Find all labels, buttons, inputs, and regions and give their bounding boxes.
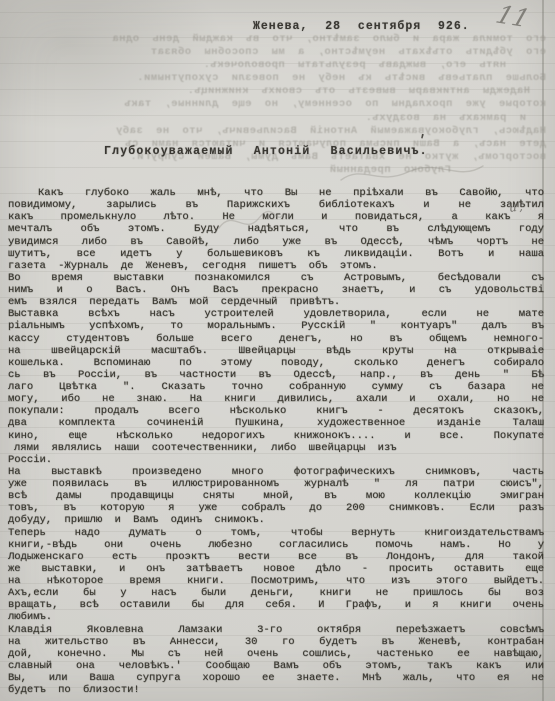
body-line: какъ промелькнуло лѣто. Не могли и повид… <box>8 211 544 223</box>
body-line: Лодыженскаго есть проэктъ вести все въ Л… <box>8 551 544 563</box>
scanned-letter-page: 11 Женева, 28 сентября 926. его томила ж… <box>0 0 555 701</box>
bleedthrough-line: Глубоко преданный <box>0 164 555 177</box>
body-line: нимъ и о Васъ. Онъ Васъ прекрасно знаетъ… <box>8 284 544 296</box>
body-line: на швейцарскій масштабъ. Швейцарцы вѣдь … <box>8 345 544 357</box>
body-line: на жительство въ Аннесси, 30 го будетъ в… <box>8 636 544 648</box>
salutation: Глубокоуважаемый Антоній Васильевичъ. <box>104 145 428 158</box>
bleedthrough-line: нять его, выждавъ результаты проволочекъ… <box>0 59 555 72</box>
body-line: сь въ Россіи, въ частности въ Одессѣ, на… <box>8 369 544 381</box>
body-line: добуду, пришлю и Вамъ одинъ снимокъ. <box>8 514 544 526</box>
body-line: Вы, или Ваша супруга хорошо ее знаете. М… <box>8 672 544 684</box>
body-line: На выставкѣ произведено много фотографич… <box>8 466 544 478</box>
body-line: шутитъ, все идетъ у большевиковъ къ ликв… <box>8 248 544 260</box>
body-line: ріальнымъ успѣхомъ, то моральнымъ. Русск… <box>8 320 544 332</box>
body-line: два комплекта сочиненій Пушкина, художес… <box>8 417 544 429</box>
body-line: же выставки, и онъ затѣваетъ новое дѣло … <box>8 563 544 575</box>
body-line: Ахъ,если бы у насъ были деньги, книги не… <box>8 587 544 599</box>
body-line: Клавдія Яковлевна Ламзаки 3-го октября п… <box>8 624 544 636</box>
body-line: мечталъ объ этомъ. Буду надѣяться, что в… <box>8 223 544 235</box>
body-line: лаго Цвѣтка ". Сказать точно собранную с… <box>8 381 544 393</box>
bleedthrough-line: Больше платьевъ висѣть къ небу не повезл… <box>0 72 555 85</box>
body-line: повидимому, зарылись въ Парижскихъ библі… <box>8 199 544 211</box>
letter-body: Какъ глубоко жаль мнѣ, что Вы не пріѣхал… <box>8 187 544 696</box>
date-line: Женева, 28 сентября 926. <box>253 20 470 33</box>
bleedthrough-line: его томила жара и было замѣтно, что въ к… <box>0 33 555 46</box>
body-line: товъ, въ которую я уже собралъ до 200 сн… <box>8 502 544 514</box>
body-line: увидимся либо въ Савойѣ, либо уже въ Оде… <box>8 236 544 248</box>
body-line: славный она человѣкъ.' Сообщаю Вамъ объ … <box>8 660 544 672</box>
body-line: кассу студентовъ больше всего денегъ, но… <box>8 333 544 345</box>
bleedthrough-line: Надежды антиквары вывезть отъ своихъ кни… <box>0 85 555 98</box>
handwritten-page-number: 11 <box>492 0 533 33</box>
bleedthrough-line: и рамкахъ на воздухъ. <box>0 112 555 125</box>
body-line: Россіи. <box>8 454 544 466</box>
body-line: емъ взялся передать Вамъ мой сердечный п… <box>8 296 544 308</box>
body-line: Теперь надо думать о томъ, чтобы вернуть… <box>8 527 544 539</box>
body-line: Во время выставки познакомился съ Астров… <box>8 272 544 284</box>
body-line: кино, еще нѣсколько недорогихъ книжонокъ… <box>8 430 544 442</box>
body-line: газета -Журналь де Женевъ, сегодня пишет… <box>8 260 544 272</box>
body-line: могу, ибо не знаю. На книги дивились, ах… <box>8 393 544 405</box>
body-line: лями являлись наши соотечественники, либ… <box>8 442 544 454</box>
body-line: книги,-вѣдь они очень любезно согласилис… <box>8 539 544 551</box>
body-line: любимъ. <box>8 611 544 623</box>
body-line: кошелька. Вспоминаю по этому поводу, ско… <box>8 357 544 369</box>
body-line: уже появилась въ иллюстрированномъ журна… <box>8 478 544 490</box>
bleedthrough-line: Надѣюсь, глубокоуважаемый Антоній Василь… <box>0 125 555 138</box>
body-line: на нѣкоторое время книги. Посмотримъ, чт… <box>8 575 544 587</box>
handwritten-correction: и, <box>508 199 525 215</box>
body-line: покупали: продалъ всего нѣсколько книгъ … <box>8 405 544 417</box>
body-line: Выставка всѣхъ насъ устроителей удовлетв… <box>8 308 544 320</box>
bleedthrough-line: его убѣдить отъѣхать неумѣстно, а мы спо… <box>0 46 555 59</box>
body-line: вращать, всѣ оставили бы для себя. И Гра… <box>8 599 544 611</box>
bleedthrough-line: которые уже прохладны по осеннему, но ещ… <box>0 98 555 111</box>
body-line: Какъ глубоко жаль мнѣ, что Вы не пріѣхал… <box>8 187 544 199</box>
body-line: будетъ по близости! <box>8 684 544 696</box>
body-line: дой, конечно. Мы съ ней очень сошлись, ч… <box>8 648 544 660</box>
body-line: всѣ дамы продавщицы сняты мной, въ мою к… <box>8 490 544 502</box>
